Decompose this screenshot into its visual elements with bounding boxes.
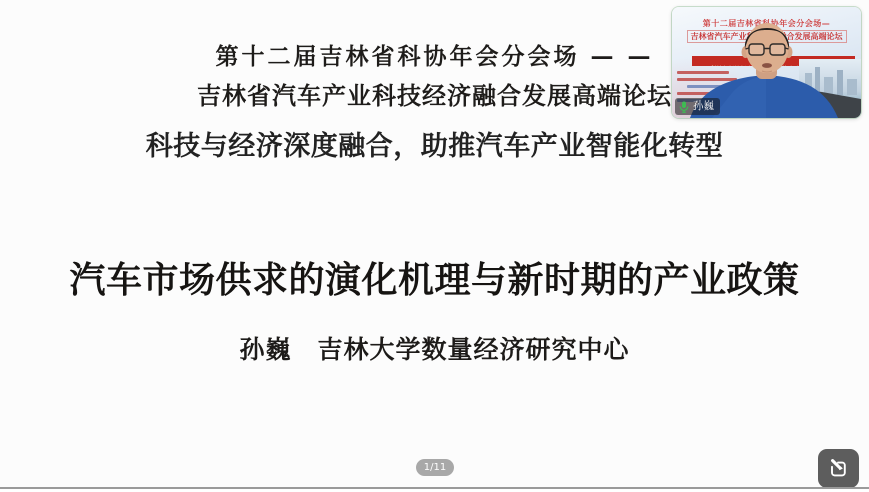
webcam-tile[interactable]: 第十二届吉林省科协年会分会场— 吉林省汽车产业科技经济融合发展高端论坛 科技与经… (672, 7, 861, 118)
pencil-annotate-icon (828, 458, 850, 480)
mouth (762, 63, 772, 68)
presentation-viewer: 第十二届吉林省科协年会分会场 — — 吉林省汽车产业科技经济融合发展高端论坛 科… (0, 0, 869, 492)
microphone-icon (679, 101, 689, 113)
slide-header-line3: 科技与经济深度融合，助推汽车产业智能化转型 (0, 124, 869, 163)
participant-name: 孙巍 (693, 98, 714, 115)
annotate-button[interactable] (818, 449, 859, 488)
participant-name-tag: 孙巍 (675, 98, 720, 115)
slide-title: 汽车市场供求的演化机理与新时期的产业政策 (0, 252, 869, 303)
page-indicator[interactable]: 1/11 (416, 459, 454, 476)
slide-subtitle: 孙巍 吉林大学数量经济研究中心 (0, 330, 869, 366)
